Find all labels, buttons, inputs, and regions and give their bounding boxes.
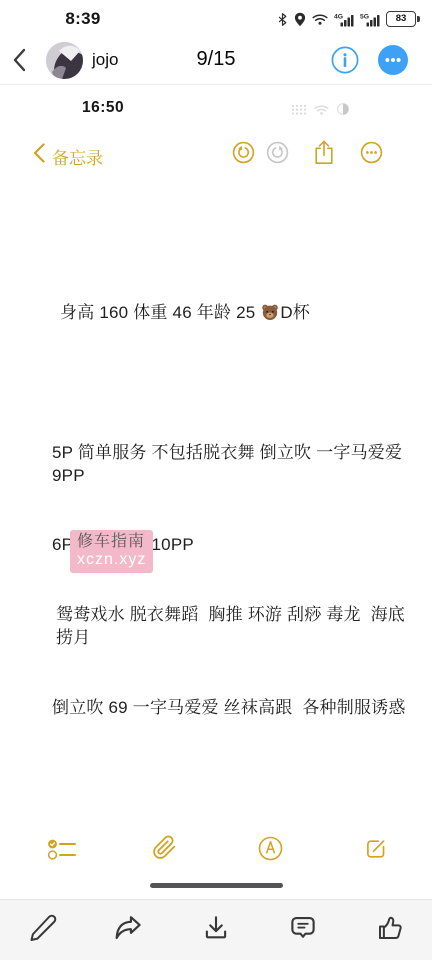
compose-icon[interactable]: [363, 836, 388, 861]
screenshot-status-icons: [291, 102, 350, 116]
note-line: 5P 简单服务 不包括脱衣舞 倒立吹 一字马爱爱 9PP: [52, 441, 420, 487]
edit-button[interactable]: [28, 913, 58, 943]
signal-4g-icon: 4G: [334, 12, 354, 27]
watermark-badge: 修车指南 xczn.xyz: [70, 530, 153, 573]
faint-signal-icon: [291, 104, 307, 115]
wifi-icon: [312, 13, 328, 25]
markup-pen-icon[interactable]: [258, 836, 283, 861]
note-profile-line: 身高 160 体重 46 年龄 25 D杯: [52, 301, 420, 324]
share-icon[interactable]: [313, 139, 335, 165]
profile-text-post: D杯: [280, 303, 310, 322]
undo-icon[interactable]: [232, 141, 255, 164]
watermark-title: 修车指南: [77, 532, 146, 551]
comment-button[interactable]: [288, 913, 318, 943]
screenshot-status-time: 16:50: [82, 99, 124, 117]
back-button[interactable]: [12, 48, 27, 72]
home-indicator: [150, 883, 283, 888]
avatar[interactable]: [46, 42, 83, 79]
redo-icon: [266, 141, 289, 164]
signal-5g-icon: 5G: [360, 12, 380, 27]
checklist-icon[interactable]: [47, 838, 77, 861]
note-line: 倒立吹 69 一字马爱爱 丝袜高跟 各种制服诱惑: [52, 696, 420, 719]
bear-emoji-icon: [261, 303, 279, 321]
note-line: 鸳鸯戏水 脱衣舞蹈 胸推 环游 刮痧 毒龙 海底捞月: [52, 603, 420, 649]
faint-wifi-icon: [314, 104, 329, 115]
location-icon: [294, 12, 306, 27]
bluetooth-icon: [277, 12, 288, 27]
notes-more-icon[interactable]: [360, 141, 383, 164]
info-button[interactable]: [331, 46, 359, 74]
battery-icon: 83: [386, 11, 416, 27]
contact-name: jojo: [92, 50, 118, 70]
notes-back-button[interactable]: [33, 143, 45, 163]
more-button[interactable]: [378, 45, 408, 75]
note-blank-line: [52, 371, 420, 394]
faint-battery-icon: [336, 102, 350, 116]
note-text: 身高 160 体重 46 年龄 25 D杯 5P 简单服务 不包括脱衣舞 倒立吹…: [52, 255, 420, 765]
like-button[interactable]: [375, 913, 405, 943]
screen: 8:39 4G 5G 83 jojo 9/15 16:50: [0, 0, 432, 960]
attachment-icon[interactable]: [152, 835, 177, 860]
notes-back-label[interactable]: 备忘录: [52, 144, 103, 169]
svg-text:5G: 5G: [360, 13, 369, 20]
forward-button[interactable]: [112, 913, 144, 943]
status-icons: 4G 5G 83: [277, 11, 416, 27]
svg-text:4G: 4G: [334, 13, 343, 20]
download-button[interactable]: [201, 913, 231, 943]
watermark-domain: xczn.xyz: [77, 551, 146, 569]
status-time: 8:39: [60, 9, 106, 29]
battery-percent: 83: [396, 14, 407, 24]
profile-text-pre: 身高 160 体重 46 年龄 25: [60, 303, 260, 322]
